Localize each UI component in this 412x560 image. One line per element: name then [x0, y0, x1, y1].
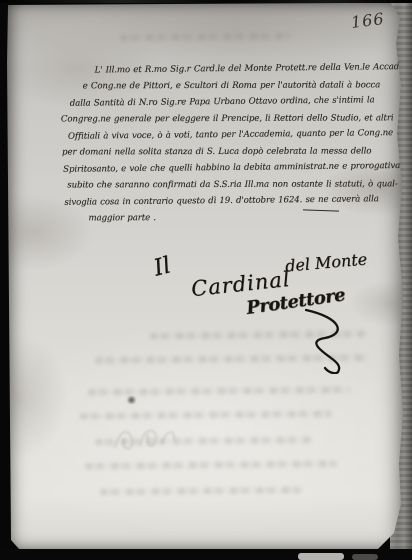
bleed-through-line: [85, 461, 337, 470]
photo-border-top: [0, 0, 412, 3]
bleed-through-flourish: [110, 418, 180, 458]
bleed-through-line: [100, 487, 302, 495]
manuscript-line: L' Ill.mo et R.mo Sig.r Card.le del Mont…: [94, 59, 402, 79]
manuscript-page: 166 L' Ill.mo et R.mo Sig.r Card.le del …: [7, 2, 403, 550]
manuscript-line: sivoglia cosa in contrario questo dì 19.…: [64, 191, 403, 211]
ink-blot: [126, 396, 137, 404]
bleed-through-line: [120, 33, 290, 41]
signature-il: Il: [151, 252, 173, 281]
manuscript-line: Spiritosanto, e vole che quelli habbino …: [63, 158, 403, 178]
bleed-through-line: [88, 387, 350, 396]
table-edge-highlight: [298, 553, 344, 560]
folio-number: 166: [350, 9, 386, 32]
manuscript-photo: 166 L' Ill.mo et R.mo Sig.r Card.le del …: [0, 0, 412, 560]
table-edge-shadow: [352, 554, 378, 560]
signature-del-monte: del Monte: [284, 249, 367, 275]
signature-flourish: [300, 308, 354, 374]
manuscript-line: Offitiali à viva voce, ò à voti, tanto p…: [68, 125, 403, 145]
photo-border-bottom: [0, 549, 412, 560]
manuscript-line: maggior parte .: [88, 209, 403, 227]
decree-text-block: L' Ill.mo et R.mo Sig.r Card.le del Mont…: [6, 60, 403, 227]
manuscript-line: dalla Santità di N.ro Sig.re Papa Urbano…: [70, 92, 403, 112]
